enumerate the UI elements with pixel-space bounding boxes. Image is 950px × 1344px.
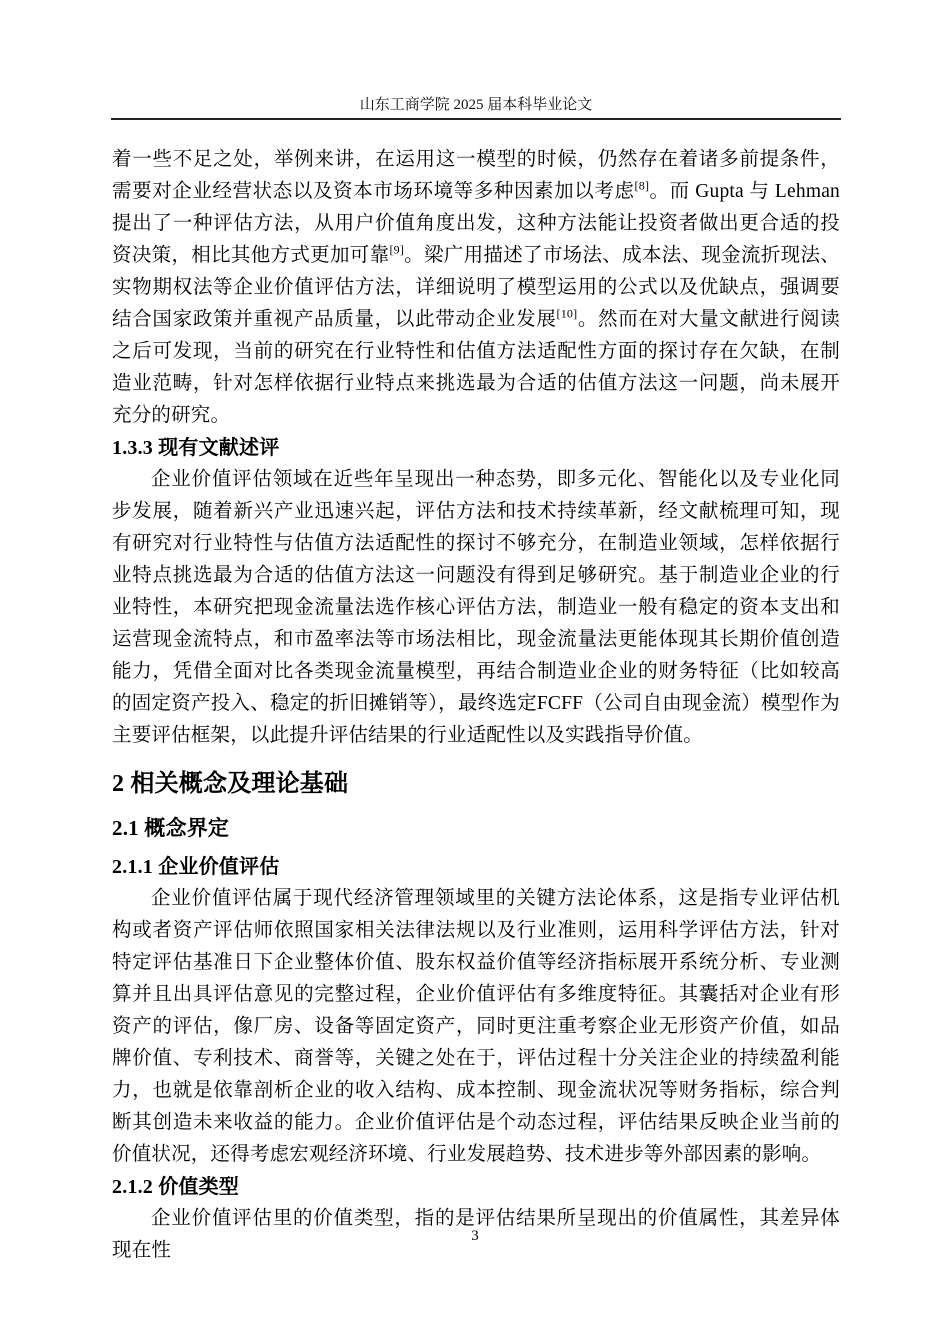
- citation-ref-9: [9]: [389, 243, 404, 257]
- section-heading-1-3-3: 1.3.3 现有文献述评: [112, 432, 840, 464]
- running-header: 山东工商学院 2025 届本科毕业论文: [112, 96, 840, 114]
- running-header-title: 山东工商学院 2025 届本科毕业论文: [360, 97, 593, 113]
- header-divider-line: [111, 118, 841, 120]
- paragraph-literature-review-continued: 着一些不足之处，举例来讲，在运用这一模型的时候，仍然存在着诸多前提条件，需要对企…: [112, 144, 840, 432]
- page-body: 着一些不足之处，举例来讲，在运用这一模型的时候，仍然存在着诸多前提条件，需要对企…: [112, 144, 840, 1267]
- page-footer: 3: [0, 1226, 950, 1246]
- section-heading-2-1-1: 2.1.1 企业价值评估: [112, 851, 840, 883]
- section-heading-2-1: 2.1 概念界定: [112, 813, 840, 843]
- thesis-page: 山东工商学院 2025 届本科毕业论文 着一些不足之处，举例来讲，在运用这一模型…: [0, 0, 950, 1344]
- paragraph-literature-summary: 企业价值评估领域在近些年呈现出一种态势，即多元化、智能化以及专业化同步发展，随着…: [112, 464, 840, 752]
- citation-ref-8: [8]: [635, 179, 650, 193]
- chapter-2-heading: 2 相关概念及理论基础: [112, 767, 840, 801]
- citation-ref-10: [10]: [557, 307, 578, 321]
- paragraph-enterprise-value-definition: 企业价值评估属于现代经济管理领域里的关键方法论体系，这是指专业评估机构或者资产评…: [112, 883, 840, 1171]
- section-heading-2-1-2: 2.1.2 价值类型: [112, 1171, 840, 1203]
- page-number: 3: [471, 1228, 479, 1244]
